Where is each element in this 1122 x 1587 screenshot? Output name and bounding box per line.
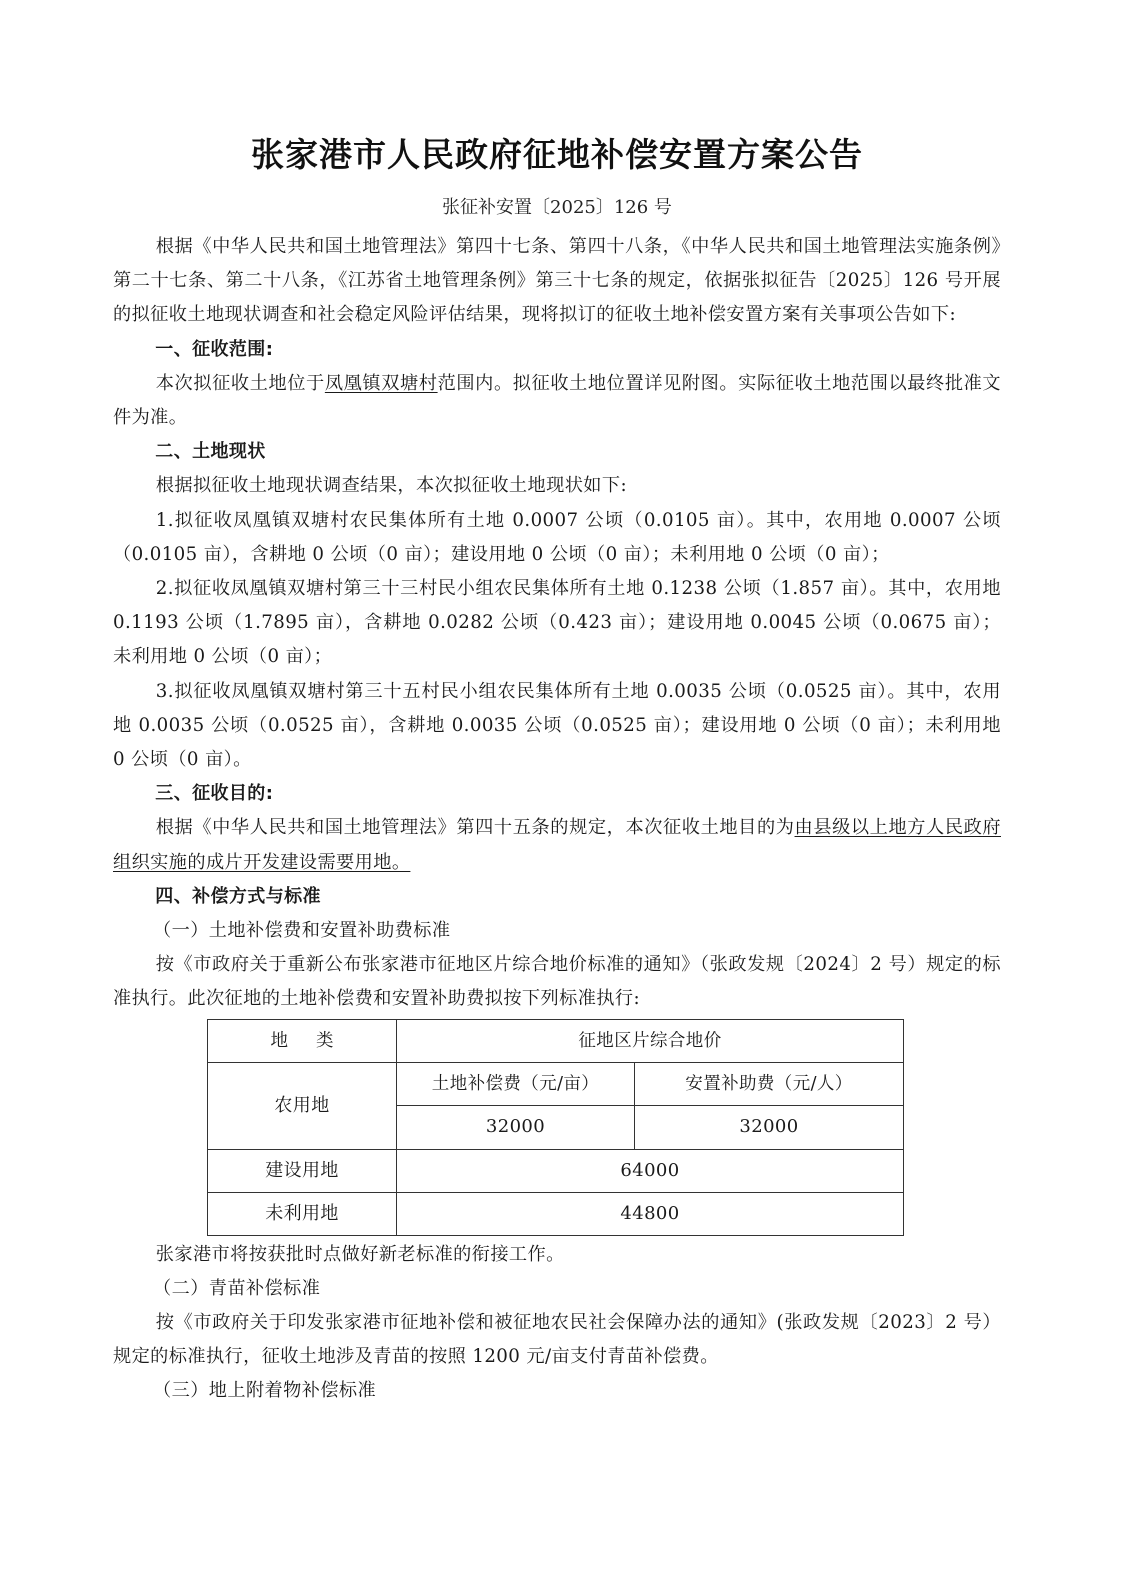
cell-unused-price: 44800 (397, 1192, 904, 1235)
compensation-standard-table: 地类 征地区片综合地价 农用地 土地补偿费（元/亩） 安置补助费（元/人） 32… (207, 1019, 904, 1236)
scope-location: 凤凰镇双塘村 (325, 373, 438, 394)
cell-land-type-construction: 建设用地 (208, 1149, 397, 1192)
table-header-row: 地类 征地区片综合地价 (208, 1019, 904, 1062)
intro-paragraph: 根据《中华人民共和国土地管理法》第四十七条、第四十八条，《中华人民共和国土地管理… (113, 230, 1001, 333)
cell-construction-price: 64000 (397, 1149, 904, 1192)
header-price: 征地区片综合地价 (397, 1019, 904, 1062)
scope-paragraph: 本次拟征收土地位于凤凰镇双塘村范围内。拟征收土地位置详见附图。实际征收土地范围以… (113, 367, 1001, 435)
header-resettlement-subsidy: 安置补助费（元/人） (635, 1062, 904, 1106)
header-land-compensation: 土地补偿费（元/亩） (397, 1062, 635, 1106)
scope-text-before: 本次拟征收土地位于 (156, 373, 325, 394)
table-row: 未利用地 44800 (208, 1192, 904, 1235)
transition-note: 张家港市将按获批时点做好新老标准的衔接工作。 (113, 1238, 1001, 1272)
section-heading-purpose: 三、征收目的: (113, 777, 1001, 811)
purpose-paragraph: 根据《中华人民共和国土地管理法》第四十五条的规定，本次征收土地目的为由县级以上地… (113, 811, 1001, 879)
subheading-seedling-compensation: （二）青苗补偿标准 (113, 1272, 1001, 1306)
subheading-land-compensation: （一）土地补偿费和安置补助费标准 (113, 914, 1001, 948)
header-land-type: 地类 (208, 1019, 397, 1062)
cell-land-type-agricultural: 农用地 (208, 1062, 397, 1149)
seedling-paragraph: 按《市政府关于印发张家港市征地补偿和被征地农民社会保障办法的通知》(张政发规〔2… (113, 1306, 1001, 1374)
cell-land-compensation-value: 32000 (397, 1106, 635, 1150)
subheading-attachment-compensation: （三）地上附着物补偿标准 (113, 1374, 1001, 1408)
status-intro: 根据拟征收土地现状调查结果，本次拟征收土地现状如下: (113, 469, 1001, 503)
compensation-table-wrapper: 地类 征地区片综合地价 农用地 土地补偿费（元/亩） 安置补助费（元/人） 32… (207, 1019, 904, 1236)
table-row: 建设用地 64000 (208, 1149, 904, 1192)
cell-land-type-unused: 未利用地 (208, 1192, 397, 1235)
section-heading-compensation: 四、补偿方式与标准 (113, 880, 1001, 914)
section-heading-status: 二、土地现状 (113, 435, 1001, 469)
land-compensation-paragraph: 按《市政府关于重新公布张家港市征地区片综合地价标准的通知》（张政发规〔2024〕… (113, 948, 1001, 1016)
purpose-text-before: 根据《中华人民共和国土地管理法》第四十五条的规定，本次征收土地目的为 (156, 817, 795, 838)
document-number: 张征补安置〔2025〕126 号 (113, 193, 1001, 223)
section-heading-scope: 一、征收范围: (113, 333, 1001, 367)
document-body: 根据《中华人民共和国土地管理法》第四十七条、第四十八条，《中华人民共和国土地管理… (113, 230, 1001, 1409)
cell-resettlement-value: 32000 (635, 1106, 904, 1150)
status-item-3: 3.拟征收凤凰镇双塘村第三十五村民小组农民集体所有土地 0.0035 公顷（0.… (113, 675, 1001, 778)
status-item-2: 2.拟征收凤凰镇双塘村第三十三村民小组农民集体所有土地 0.1238 公顷（1.… (113, 572, 1001, 675)
table-row: 农用地 土地补偿费（元/亩） 安置补助费（元/人） (208, 1062, 904, 1106)
status-item-1: 1.拟征收凤凰镇双塘村农民集体所有土地 0.0007 公顷（0.0105 亩）。… (113, 504, 1001, 572)
document-title: 张家港市人民政府征地补偿安置方案公告 (113, 130, 1001, 180)
